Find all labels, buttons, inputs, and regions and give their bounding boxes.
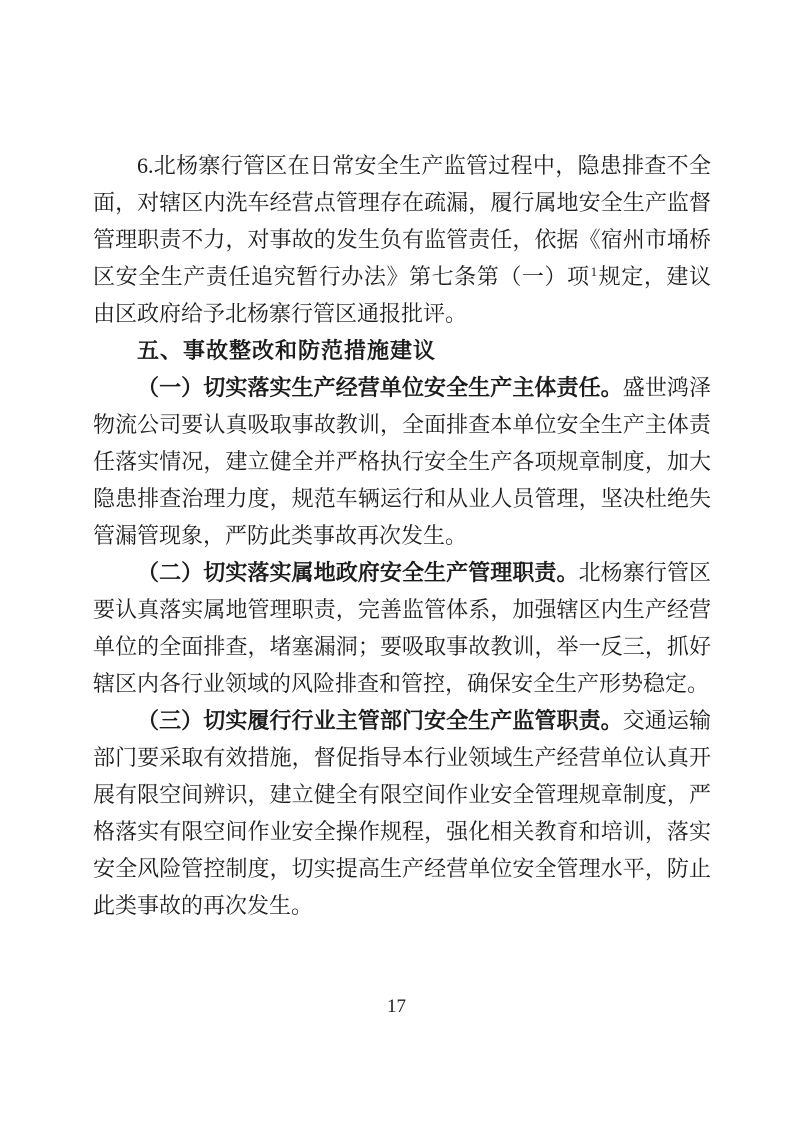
paragraph-measure-3-body: 交通运输部门要采取有效措施，督促指导本行业领域生产经营单位认真开展有限空间辨识，…	[93, 708, 711, 918]
paragraph-measure-2: （二）切实落实属地政府安全生产管理职责。北杨寨行管区要认真落实属地管理职责，完善…	[93, 554, 711, 702]
paragraph-measure-1-lead: （一）切实落实生产经营单位安全生产主体责任。	[137, 375, 623, 400]
paragraph-measure-2-lead: （二）切实落实属地政府安全生产管理职责。	[137, 560, 579, 585]
section-heading-five: 五、事故整改和防范措施建议	[93, 332, 711, 369]
document-page: 6.北杨寨行管区在日常安全生产监管过程中，隐患排查不全面，对辖区内洗车经营点管理…	[0, 0, 793, 1122]
paragraph-measure-1-body: 盛世鸿泽物流公司要认真吸取事故教训，全面排查本单位安全生产主体责任落实情况，建立…	[93, 375, 711, 548]
page-number: 17	[0, 996, 793, 1018]
footnote-reference-1: 1	[590, 264, 599, 279]
paragraph-measure-3-lead: （三）切实履行行业主管部门安全生产监管职责。	[137, 708, 623, 733]
paragraph-measure-1: （一）切实落实生产经营单位安全生产主体责任。盛世鸿泽物流公司要认真吸取事故教训，…	[93, 369, 711, 554]
paragraph-item-6: 6.北杨寨行管区在日常安全生产监管过程中，隐患排查不全面，对辖区内洗车经营点管理…	[93, 147, 711, 332]
document-body: 6.北杨寨行管区在日常安全生产监管过程中，隐患排查不全面，对辖区内洗车经营点管理…	[93, 147, 711, 924]
paragraph-measure-3: （三）切实履行行业主管部门安全生产监管职责。交通运输部门要采取有效措施，督促指导…	[93, 702, 711, 924]
